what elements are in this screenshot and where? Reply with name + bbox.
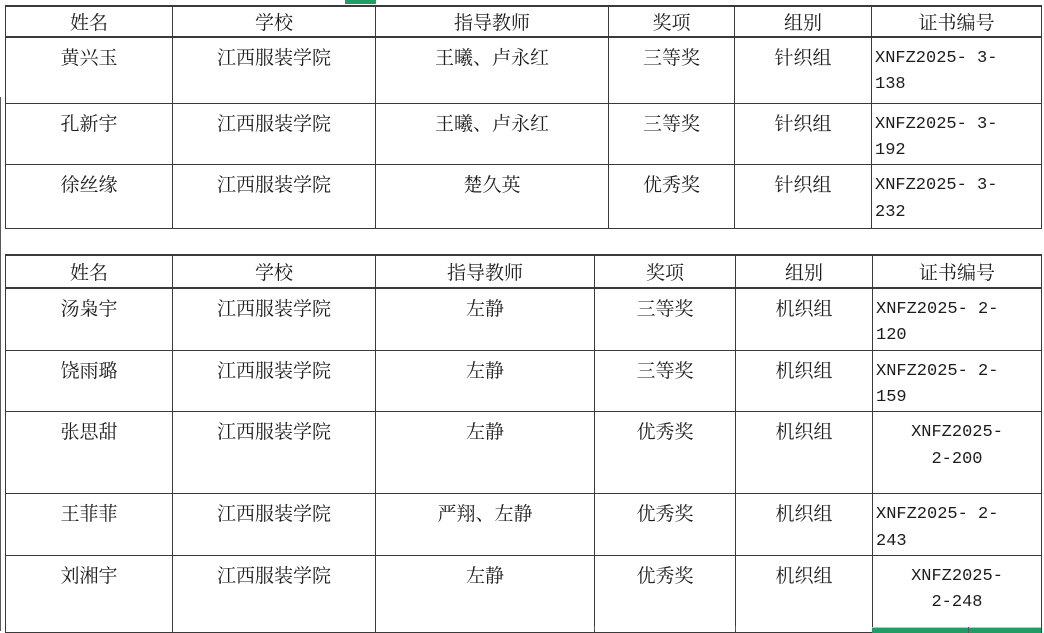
cell-name[interactable]: 黄兴玉 xyxy=(6,37,173,103)
cell-certificate[interactable]: XNFZ2025- 3- 192 xyxy=(872,103,1042,165)
table-row: 孔新宇江西服装学院王曦、卢永红三等奖针织组XNFZ2025- 3- 192 xyxy=(6,103,1042,165)
cell-group[interactable]: 机织组 xyxy=(736,288,873,350)
cell-school[interactable]: 江西服装学院 xyxy=(173,103,376,165)
cell-group[interactable]: 针织组 xyxy=(735,165,872,229)
cell-certificate[interactable]: XNFZ2025- 2- 243 xyxy=(873,494,1042,556)
table-row: 汤枭宇江西服装学院左静三等奖机织组XNFZ2025- 2- 120 xyxy=(6,288,1042,350)
table-row: 徐丝缘江西服装学院楚久英优秀奖针织组XNFZ2025- 3- 232 xyxy=(6,165,1042,229)
cell-school[interactable]: 江西服装学院 xyxy=(173,494,376,556)
cell-teacher[interactable]: 王曦、卢永红 xyxy=(376,37,609,103)
header-cell-certificate[interactable]: 证书编号 xyxy=(873,255,1042,288)
header-cell-name[interactable]: 姓名 xyxy=(6,6,173,37)
header-cell-teacher[interactable]: 指导教师 xyxy=(376,6,609,37)
cell-name[interactable]: 饶雨璐 xyxy=(6,350,173,412)
header-cell-school[interactable]: 学校 xyxy=(173,255,376,288)
cell-group[interactable]: 机织组 xyxy=(736,350,873,412)
cell-certificate[interactable]: XNFZ2025- 2- 159 xyxy=(873,350,1042,412)
header-cell-certificate[interactable]: 证书编号 xyxy=(872,6,1042,37)
cell-school[interactable]: 江西服装学院 xyxy=(173,288,376,350)
cell-name[interactable]: 孔新宇 xyxy=(6,103,173,165)
cell-group[interactable]: 针织组 xyxy=(735,37,872,103)
cell-award[interactable]: 三等奖 xyxy=(609,103,735,165)
header-cell-school[interactable]: 学校 xyxy=(173,6,376,37)
selection-fragment-bottom xyxy=(872,627,1041,633)
table-row: 张思甜江西服装学院左静优秀奖机织组XNFZ2025- 2-200 xyxy=(6,412,1042,494)
header-cell-teacher[interactable]: 指导教师 xyxy=(376,255,595,288)
award-table-1: 姓名学校指导教师奖项组别证书编号黄兴玉江西服装学院王曦、卢永红三等奖针织组XNF… xyxy=(5,5,1042,229)
header-row: 姓名学校指导教师奖项组别证书编号 xyxy=(6,6,1042,37)
cell-award[interactable]: 三等奖 xyxy=(609,37,735,103)
spreadsheet-canvas: { "colors": { "selection_green": "#1e9e6… xyxy=(0,0,1044,633)
cell-teacher[interactable]: 王曦、卢永红 xyxy=(376,103,609,165)
cell-award[interactable]: 三等奖 xyxy=(595,350,736,412)
cell-teacher[interactable]: 楚久英 xyxy=(376,165,609,229)
cell-teacher[interactable]: 左静 xyxy=(376,412,595,494)
cell-teacher[interactable]: 左静 xyxy=(376,288,595,350)
award-table-2: 姓名学校指导教师奖项组别证书编号汤枭宇江西服装学院左静三等奖机织组XNFZ202… xyxy=(5,254,1042,633)
cell-school[interactable]: 江西服装学院 xyxy=(173,412,376,494)
cell-name[interactable]: 汤枭宇 xyxy=(6,288,173,350)
table-row: 王菲菲江西服装学院严翔、左静优秀奖机织组XNFZ2025- 2- 243 xyxy=(6,494,1042,556)
cell-teacher[interactable]: 严翔、左静 xyxy=(376,494,595,556)
cell-certificate[interactable]: XNFZ2025- 3- 138 xyxy=(872,37,1042,103)
table-row: 饶雨璐江西服装学院左静三等奖机织组XNFZ2025- 2- 159 xyxy=(6,350,1042,412)
cell-school[interactable]: 江西服装学院 xyxy=(173,556,376,633)
cell-group[interactable]: 针织组 xyxy=(735,103,872,165)
cell-teacher[interactable]: 左静 xyxy=(376,556,595,633)
cell-group[interactable]: 机织组 xyxy=(736,556,873,633)
header-cell-group[interactable]: 组别 xyxy=(736,255,873,288)
cell-award[interactable]: 三等奖 xyxy=(595,288,736,350)
cell-award[interactable]: 优秀奖 xyxy=(595,494,736,556)
cell-school[interactable]: 江西服装学院 xyxy=(173,37,376,103)
bottom-gridline-stub-1 xyxy=(968,627,969,633)
left-edge-gridline xyxy=(0,97,1,631)
header-row: 姓名学校指导教师奖项组别证书编号 xyxy=(6,255,1042,288)
cell-name[interactable]: 徐丝缘 xyxy=(6,165,173,229)
header-cell-award[interactable]: 奖项 xyxy=(595,255,736,288)
cell-name[interactable]: 张思甜 xyxy=(6,412,173,494)
header-cell-name[interactable]: 姓名 xyxy=(6,255,173,288)
cell-school[interactable]: 江西服装学院 xyxy=(173,165,376,229)
cell-name[interactable]: 刘湘宇 xyxy=(6,556,173,633)
cell-certificate[interactable]: XNFZ2025- 2- 120 xyxy=(873,288,1042,350)
cell-award[interactable]: 优秀奖 xyxy=(595,412,736,494)
cell-name[interactable]: 王菲菲 xyxy=(6,494,173,556)
cell-award[interactable]: 优秀奖 xyxy=(595,556,736,633)
cell-certificate[interactable]: XNFZ2025- 2-200 xyxy=(873,412,1042,494)
table-row: 黄兴玉江西服装学院王曦、卢永红三等奖针织组XNFZ2025- 3- 138 xyxy=(6,37,1042,103)
cell-group[interactable]: 机织组 xyxy=(736,494,873,556)
cell-award[interactable]: 优秀奖 xyxy=(609,165,735,229)
selection-fragment-top xyxy=(345,0,376,4)
cell-certificate[interactable]: XNFZ2025- 3- 232 xyxy=(872,165,1042,229)
cell-teacher[interactable]: 左静 xyxy=(376,350,595,412)
header-cell-award[interactable]: 奖项 xyxy=(609,6,735,37)
cell-group[interactable]: 机织组 xyxy=(736,412,873,494)
bottom-gridline-stub-3 xyxy=(735,626,736,631)
table-row: 刘湘宇江西服装学院左静优秀奖机织组XNFZ2025- 2-248 xyxy=(6,556,1042,633)
header-cell-group[interactable]: 组别 xyxy=(735,6,872,37)
cell-school[interactable]: 江西服装学院 xyxy=(173,350,376,412)
cell-certificate[interactable]: XNFZ2025- 2-248 xyxy=(873,556,1042,633)
bottom-gridline-stub-2 xyxy=(594,626,595,631)
